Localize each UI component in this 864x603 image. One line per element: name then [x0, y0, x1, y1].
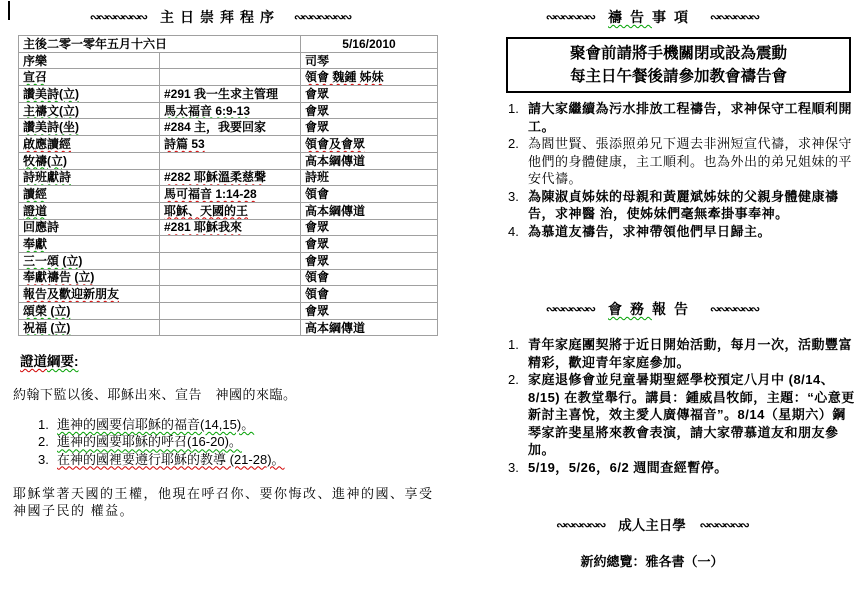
cell-text: 啟應讀經 [23, 137, 71, 151]
cell-content: 詩篇 53 [160, 136, 301, 153]
notice-line-1: 聚會前請將手機關閉或設為震動 [508, 42, 849, 65]
cell-text: 詩篇 53 [164, 137, 205, 151]
sermon-intro-paragraph: 約翰下監以後、耶穌出來、宣告 神國的來臨。 [13, 384, 297, 403]
cell-content: #282 耶穌溫柔慈聲 [160, 169, 301, 186]
cell-who: 領會 [301, 286, 438, 303]
cell-content [160, 69, 301, 86]
table-row: 祝福 (立)高本綱傳道 [19, 319, 438, 336]
cell-content: #284 主，我要回家 [160, 119, 301, 136]
cell-text: 領會 魏鍾 姊妹 [305, 70, 384, 84]
table-row: 報告及歡迎新朋友領會 [19, 286, 438, 303]
list-item: 4.為慕道友禱告，求神帶領他們早日歸主。 [508, 223, 856, 241]
table-row: 讀經馬可福音 1:14-28領會 [19, 186, 438, 203]
cell-text: 領會 [305, 287, 329, 301]
item-text: 進神的國要信耶穌的福音(14,15)。 [57, 416, 254, 433]
sermon-point: 1.進神的國要信耶穌的福音(14,15)。 [38, 416, 428, 433]
ornament-left: ∾∾∾∾∾∾ [546, 302, 594, 316]
cell-item: 三一頌 (立) [19, 252, 160, 269]
item-number: 3. [508, 188, 528, 223]
cell-text: 報告及歡迎新朋友 [23, 287, 119, 301]
table-row: 讚美詩(立)#291 我一生求主管理會眾 [19, 86, 438, 103]
announcements-column: ∾∾∾∾∾∾ 禱告事項 ∾∾∾∾∾∾ 聚會前請將手機關閉或設為震動 每主日午餐後… [440, 0, 864, 603]
cell-text: 回應詩 [23, 220, 59, 234]
item-number: 3. [38, 451, 57, 468]
cell-text: 會眾 [305, 237, 329, 251]
cell-text: 證道 [23, 204, 47, 218]
table-row: 奉獻禱告 (立)領會 [19, 269, 438, 286]
cell-text: 牧禱(立) [23, 154, 67, 168]
item-text: 請大家繼續為污水排放工程禱告，求神保守工程順利開工。 [528, 100, 856, 135]
notice-line-2: 每主日午餐後請參加教會禱告會 [508, 65, 849, 88]
cell-who: 會眾 [301, 102, 438, 119]
cell-content [160, 152, 301, 169]
list-item: 1.請大家繼續為污水排放工程禱告，求神保守工程順利開工。 [508, 100, 856, 135]
item-text: 進神的國要耶穌的呼召(16-20)。 [57, 433, 242, 450]
cell-text: 序樂 [23, 54, 47, 68]
cell-content [160, 236, 301, 253]
cell-who: 會眾 [301, 252, 438, 269]
cell-text: 三一頌 (立) [23, 254, 82, 268]
sermon-outline-heading: 證道綱要: [20, 350, 79, 370]
title-word: 會務 [608, 301, 652, 317]
cell-who: 高本綱傳道 [301, 319, 438, 336]
adult-sunday-school-title: ∾∾∾∾∾∾ 成人主日學 ∾∾∾∾∾∾ [440, 514, 864, 534]
item-number: 1. [508, 336, 528, 371]
list-item: 1.青年家庭團契將于近日開始活動，每月一次，活動豐富精彩，歡迎青年家庭參加。 [508, 336, 856, 371]
cell-item: 回應詩 [19, 219, 160, 236]
church-affairs-list: 1.青年家庭團契將于近日開始活動，每月一次，活動豐富精彩，歡迎青年家庭參加。2.… [508, 336, 856, 476]
list-item: 3.為陳淑貞姊妹的母親和黃麗斌姊妹的父親身體健康禱告，求神醫 治，使姊妹們毫無牽… [508, 188, 856, 223]
worship-order-title: ∾∾∾∾∾∾∾ 主日崇拜程序 ∾∾∾∾∾∾∾ [0, 7, 440, 27]
item-text: 為慕道友禱告，求神帶領他們早日歸主。 [528, 223, 856, 241]
item-number: 2. [508, 371, 528, 459]
cell-who: 領會 魏鍾 姊妹 [301, 69, 438, 86]
item-text: 青年家庭團契將于近日開始活動，每月一次，活動豐富精彩，歡迎青年家庭參加。 [528, 336, 856, 371]
notice-box: 聚會前請將手機關閉或設為震動 每主日午餐後請參加教會禱告會 [506, 37, 851, 93]
cell-text: 馬太福音 6:9-13 [164, 104, 250, 118]
table-row: 啟應讀經詩篇 53領會及會眾 [19, 136, 438, 153]
church-affairs-title-text: 會務報告 [608, 301, 696, 317]
cell-text: 司琴 [305, 54, 329, 68]
date-chinese-cell: 主後二零一零年五月十六日 [19, 36, 301, 53]
cell-content: #291 我一生求主管理 [160, 86, 301, 103]
item-text: 為閻世賢、張添照弟兄下週去非洲短宣代禱，求神保守他們的身體健康，主工順利。也為外… [528, 135, 856, 188]
table-row: 牧禱(立)高本綱傳道 [19, 152, 438, 169]
cell-item: 奉獻禱告 (立) [19, 269, 160, 286]
cell-item: 詩班獻詩 [19, 169, 160, 186]
cell-who: 領會 [301, 269, 438, 286]
item-text: 家庭退修會並兒童暑期聖經學校預定八月中 (8/14、8/15) 在教堂舉行。講員… [528, 371, 856, 459]
sermon-points-list: 1.進神的國要信耶穌的福音(14,15)。2.進神的國要耶穌的呼召(16-20)… [38, 416, 428, 468]
table-row: 證道耶穌、天國的王高本綱傳道 [19, 202, 438, 219]
cell-text: 領會 [305, 270, 329, 284]
church-bulletin-page: ∾∾∾∾∾∾∾ 主日崇拜程序 ∾∾∾∾∾∾∾ 主後二零一零年五月十六日5/16/… [0, 0, 864, 603]
table-row: 頌榮 (立)會眾 [19, 303, 438, 320]
cell-content: 馬太福音 6:9-13 [160, 102, 301, 119]
cell-who: 領會及會眾 [301, 136, 438, 153]
sermon-conclusion-paragraph: 耶穌掌著天國的王權，他現在呼召你、要你悔改、進神的國、享受神國子民的 權益。 [13, 486, 439, 519]
cell-content [160, 303, 301, 320]
lesson-line: 新約總覽：雅各書（一） [440, 551, 864, 570]
cell-text: 奉獻禱告 (立) [23, 270, 94, 284]
cell-text: 主禱文(立) [23, 104, 79, 118]
ornament-left: ∾∾∾∾∾∾ [556, 518, 604, 532]
cell-item: 讀經 [19, 186, 160, 203]
table-row: 奉獻會眾 [19, 236, 438, 253]
cell-content [160, 319, 301, 336]
cell-content [160, 286, 301, 303]
cell-text: 詩班獻詩 [23, 170, 71, 184]
cell-item: 啟應讀經 [19, 136, 160, 153]
prayer-items-list: 1.請大家繼續為污水排放工程禱告，求神保守工程順利開工。2.為閻世賢、張添照弟兄… [508, 100, 856, 240]
cell-text: 奉獻 [23, 237, 47, 251]
ornament-left: ∾∾∾∾∾∾∾ [90, 10, 146, 24]
ornament-right: ∾∾∾∾∾∾ [710, 10, 758, 24]
cell-text: 高本綱傳道 [305, 321, 365, 335]
ornament-right: ∾∾∾∾∾∾ [710, 302, 758, 316]
table-row: 主禱文(立)馬太福音 6:9-13會眾 [19, 102, 438, 119]
cell-item: 證道 [19, 202, 160, 219]
cell-content: 馬可福音 1:14-28 [160, 186, 301, 203]
cell-who: 詩班 [301, 169, 438, 186]
title-word: 禱告 [608, 9, 652, 25]
date-numeric: 5/16/2010 [342, 37, 395, 51]
cell-item: 報告及歡迎新朋友 [19, 286, 160, 303]
item-number: 4. [508, 223, 528, 241]
cell-text: #281 耶穌我來 [164, 220, 242, 234]
worship-order-title-text: 主日崇拜程序 [160, 9, 280, 25]
item-text: 為陳淑貞姊妹的母親和黃麗斌姊妹的父親身體健康禱告，求神醫 治，使姊妹們毫無牽掛事… [528, 188, 856, 223]
cell-text: 領會 [305, 187, 329, 201]
list-item: 2.家庭退修會並兒童暑期聖經學校預定八月中 (8/14、8/15) 在教堂舉行。… [508, 371, 856, 459]
worship-order-table: 主後二零一零年五月十六日5/16/2010序樂司琴宣召領會 魏鍾 姊妹讚美詩(立… [18, 35, 438, 336]
cell-text: #291 我一生求主管理 [164, 87, 278, 101]
cell-item: 奉獻 [19, 236, 160, 253]
cell-text: 祝福 (立) [23, 321, 70, 335]
prayer-items-title: ∾∾∾∾∾∾ 禱告事項 ∾∾∾∾∾∾ [440, 7, 864, 27]
cell-who: 會眾 [301, 86, 438, 103]
cell-text: 讚美詩(坐) [23, 120, 79, 134]
cell-text: 宣召 [23, 70, 47, 84]
date-numeric-cell: 5/16/2010 [301, 36, 438, 53]
list-item: 3.5/19，5/26，6/2 週間查經暫停。 [508, 459, 856, 477]
cell-text: 頌榮 (立) [23, 304, 70, 318]
cell-content [160, 52, 301, 69]
item-text: 5/19，5/26，6/2 週間查經暫停。 [528, 459, 856, 477]
cell-text: 會眾 [305, 104, 329, 118]
church-affairs-title: ∾∾∾∾∾∾ 會務報告 ∾∾∾∾∾∾ [440, 299, 864, 319]
sermon-point: 3.在神的國裡要遵行耶穌的教導 (21-28)。 [38, 451, 428, 468]
item-number: 1. [508, 100, 528, 135]
adult-sunday-school-title-text: 成人主日學 [618, 518, 686, 533]
item-number: 2. [508, 135, 528, 188]
cell-text: 領會及會眾 [305, 137, 365, 151]
table-row: 讚美詩(坐)#284 主，我要回家會眾 [19, 119, 438, 136]
cell-text: 會眾 [305, 87, 329, 101]
worship-order-column: ∾∾∾∾∾∾∾ 主日崇拜程序 ∾∾∾∾∾∾∾ 主後二零一零年五月十六日5/16/… [0, 0, 440, 603]
cell-who: 會眾 [301, 219, 438, 236]
cell-item: 祝福 (立) [19, 319, 160, 336]
title-word: 報告 [652, 301, 696, 317]
item-number: 1. [38, 416, 57, 433]
cell-text: 會眾 [305, 120, 329, 134]
cell-who: 會眾 [301, 303, 438, 320]
cell-item: 宣召 [19, 69, 160, 86]
cell-text: 讚美詩(立) [23, 87, 79, 101]
prayer-items-title-text: 禱告事項 [608, 9, 696, 25]
list-item: 2.為閻世賢、張添照弟兄下週去非洲短宣代禱，求神保守他們的身體健康，主工順利。也… [508, 135, 856, 188]
table-row: 序樂司琴 [19, 52, 438, 69]
cell-text: 詩班 [305, 170, 329, 184]
cell-item: 頌榮 (立) [19, 303, 160, 320]
ornament-left: ∾∾∾∾∾∾ [546, 10, 594, 24]
item-number: 2. [38, 433, 57, 450]
cell-text: 馬可福音 1:14-28 [164, 187, 257, 201]
cell-item: 讚美詩(坐) [19, 119, 160, 136]
table-row: 宣召領會 魏鍾 姊妹 [19, 69, 438, 86]
table-row: 三一頌 (立)會眾 [19, 252, 438, 269]
cell-content [160, 252, 301, 269]
cell-who: 會眾 [301, 119, 438, 136]
cell-item: 主禱文(立) [19, 102, 160, 119]
table-row: 詩班獻詩#282 耶穌溫柔慈聲詩班 [19, 169, 438, 186]
cell-who: 領會 [301, 186, 438, 203]
item-text: 在神的國裡要遵行耶穌的教導 (21-28)。 [57, 451, 285, 468]
cell-item: 讚美詩(立) [19, 86, 160, 103]
cell-content: #281 耶穌我來 [160, 219, 301, 236]
item-number: 3. [508, 459, 528, 477]
cell-text: 會眾 [305, 220, 329, 234]
cell-text: #284 主，我要回家 [164, 120, 266, 134]
cell-who: 高本綱傳道 [301, 152, 438, 169]
title-word: 證道 [20, 354, 47, 369]
cell-item: 序樂 [19, 52, 160, 69]
title-word: 成人主日學 [618, 518, 686, 533]
cell-text: 高本綱傳道 [305, 154, 365, 168]
cell-text: #282 耶穌溫柔慈聲 [164, 170, 266, 184]
cell-text: 會眾 [305, 304, 329, 318]
ornament-right: ∾∾∾∾∾∾ [700, 518, 748, 532]
cell-text: 高本綱傳道 [305, 204, 365, 218]
cell-text: 會眾 [305, 254, 329, 268]
ornament-right: ∾∾∾∾∾∾∾ [294, 10, 350, 24]
table-row-date: 主後二零一零年五月十六日5/16/2010 [19, 36, 438, 53]
cell-text: 讀經 [23, 187, 47, 201]
cell-item: 牧禱(立) [19, 152, 160, 169]
date-chinese: 主後二零一零年五月十六日 [23, 37, 167, 51]
cell-content [160, 269, 301, 286]
table-row: 回應詩#281 耶穌我來會眾 [19, 219, 438, 236]
cell-content: 耶穌、天國的王 [160, 202, 301, 219]
title-word: 事項 [652, 9, 696, 25]
cell-who: 高本綱傳道 [301, 202, 438, 219]
sermon-point: 2.進神的國要耶穌的呼召(16-20)。 [38, 433, 428, 450]
cell-who: 司琴 [301, 52, 438, 69]
title-word: 綱要: [47, 354, 79, 369]
cell-who: 會眾 [301, 236, 438, 253]
cell-text: 耶穌、天國的王 [164, 204, 248, 218]
